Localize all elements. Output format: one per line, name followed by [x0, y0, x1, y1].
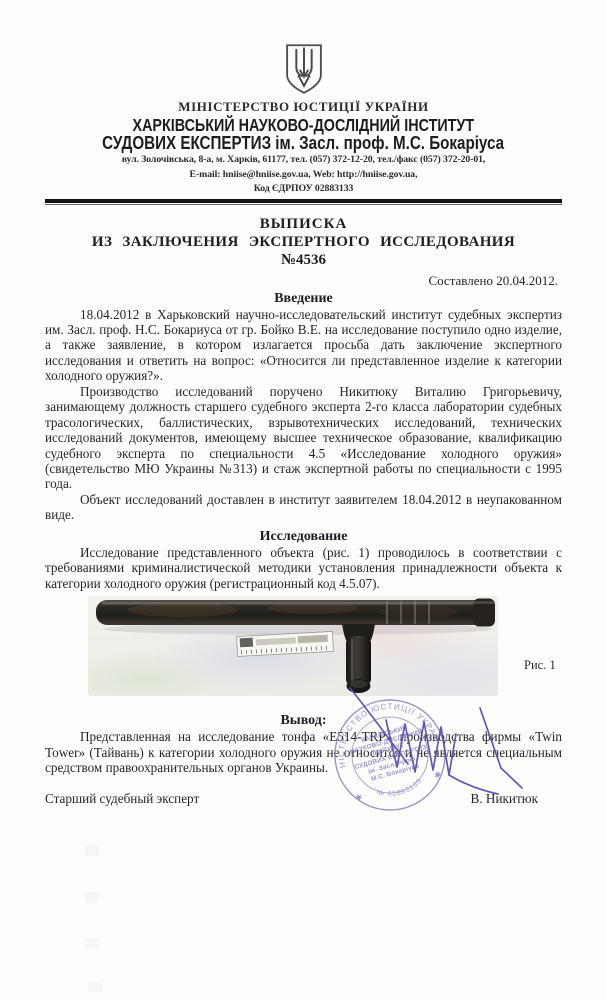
tonfa-photo	[88, 596, 498, 696]
intro-paragraph-3: Объект исследований доставлен в институт…	[45, 492, 562, 523]
expert-name: В. Никитюк	[471, 791, 538, 807]
bleedthrough-speck	[88, 982, 102, 992]
institute-edrpou-code: Код ЄДРПОУ 02883133	[45, 183, 562, 195]
ministry-title: МІНІСТЕРСТВО ЮСТИЦІЇ УКРАЇНИ	[45, 99, 562, 115]
title-line2: ИЗ ЗАКЛЮЧЕНИЯ ЭКСПЕРТНОГО ИССЛЕДОВАНИЯ	[45, 233, 562, 251]
institute-address: вул. Золочівська, 8-а, м. Харків, 61177,…	[45, 154, 562, 166]
letterhead-divider	[45, 199, 562, 205]
title-line1: ВЫПИСКА	[45, 215, 562, 233]
document-number: №4536	[45, 251, 562, 269]
institute-name-line2: СУДОВИХ ЕКСПЕРТИЗ ім. Засл. проф. М.С. Б…	[45, 134, 562, 151]
section-heading-conclusion: Вывод:	[45, 713, 562, 729]
composed-date: Составлено 20.04.2012.	[45, 273, 562, 289]
bleedthrough-speck	[85, 892, 99, 903]
intro-paragraph-1: 18.04.2012 в Харьковский научно-исследов…	[45, 307, 562, 384]
bleedthrough-speck	[85, 845, 99, 856]
document-title: ВЫПИСКА ИЗ ЗАКЛЮЧЕНИЯ ЭКСПЕРТНОГО ИССЛЕД…	[45, 215, 562, 269]
letterhead: МІНІСТЕРСТВО ЮСТИЦІЇ УКРАЇНИ ХАРКІВСЬКИЙ…	[45, 42, 562, 195]
document-page: МІНІСТЕРСТВО ЮСТИЦІЇ УКРАЇНИ ХАРКІВСЬКИЙ…	[0, 0, 607, 1000]
tonfa-baton-illustration	[88, 596, 498, 696]
conclusion-paragraph: Представленная на исследование тонфа «Е5…	[45, 729, 562, 775]
bleedthrough-speck	[85, 938, 99, 949]
section-heading-introduction: Введение	[45, 291, 562, 307]
figure-caption: Рис. 1	[524, 658, 556, 673]
ukraine-trident-icon	[281, 42, 327, 96]
institute-contacts: E-mail: hniise@hniise.gov.ua, Web: http:…	[45, 169, 562, 181]
signature-row: Старший судебный эксперт В. Никитюк	[45, 791, 562, 807]
expert-role-label: Старший судебный эксперт	[45, 791, 199, 807]
research-paragraph-1: Исследование представленного объекта (ри…	[45, 545, 562, 591]
figure-1: Рис. 1	[88, 596, 562, 696]
section-heading-research: Исследование	[45, 529, 562, 545]
intro-paragraph-2: Производство исследований поручено Никит…	[45, 384, 562, 492]
